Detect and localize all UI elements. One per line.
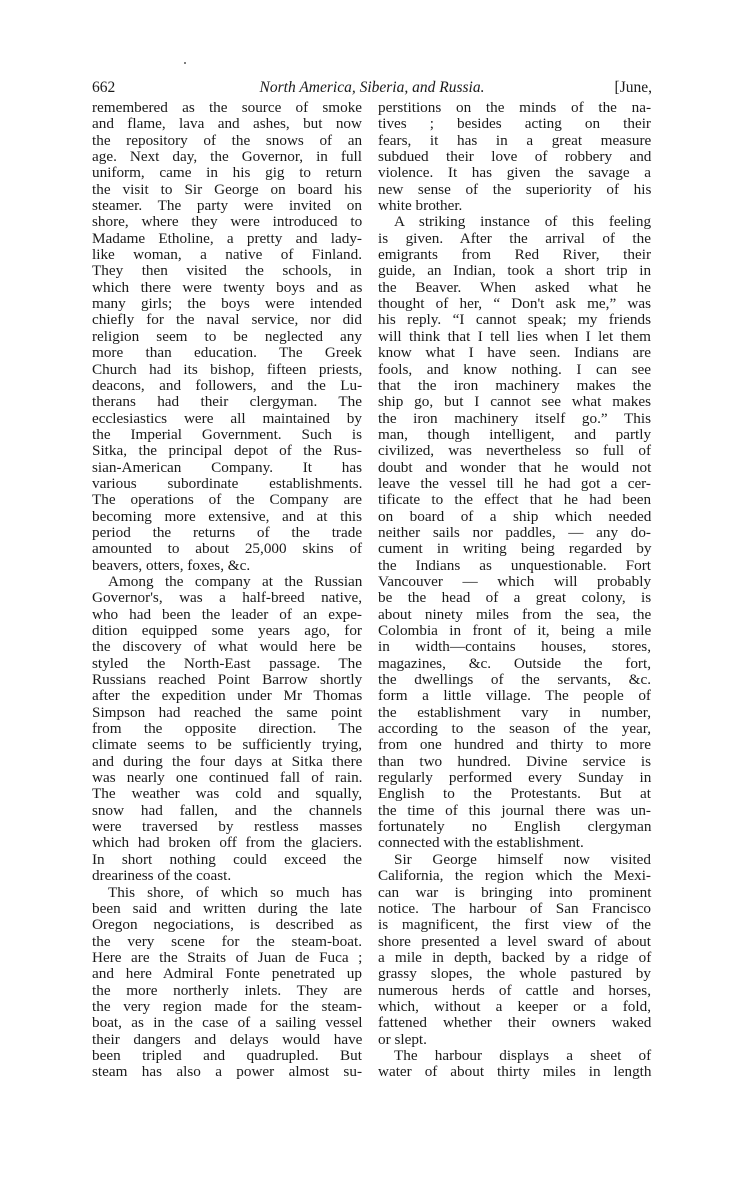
- text-line: Colombia in front of it, being a mile: [378, 623, 651, 639]
- text-line: new sense of the superiority of his: [378, 182, 651, 198]
- text-line: like woman, a native of Finland.: [92, 247, 362, 263]
- text-line: This shore, of which so much has: [92, 885, 362, 901]
- text-line: from the opposite direction. The: [92, 721, 362, 737]
- text-line: English to the Protestants. But at: [378, 786, 651, 802]
- text-line: California, the region which the Mexi-: [378, 868, 651, 884]
- text-line: Russians reached Point Barrow shortly: [92, 672, 362, 688]
- text-line: numerous herds of cattle and horses,: [378, 983, 651, 999]
- text-line: snow had fallen, and the channels: [92, 803, 362, 819]
- text-line: water of about thirty miles in length: [378, 1064, 651, 1080]
- text-line: sian-American Company. It has: [92, 460, 362, 476]
- text-line: period the returns of the trade: [92, 525, 362, 541]
- text-line: on board of a ship which needed: [378, 509, 651, 525]
- text-line: will think that I tell lies when I let t…: [378, 329, 651, 345]
- date-marker: [June,: [615, 78, 652, 98]
- text-line: the time of this journal there was un-: [378, 803, 651, 819]
- paragraph: perstitions on the minds of the na-tives…: [378, 100, 651, 214]
- text-line: remembered as the source of smoke: [92, 100, 362, 116]
- right-column: perstitions on the minds of the na-tives…: [378, 100, 651, 1081]
- left-column: remembered as the source of smokeand fla…: [92, 100, 362, 1081]
- text-line: been said and written during the late: [92, 901, 362, 917]
- text-line: ecclesiastics were all maintained by: [92, 411, 362, 427]
- text-line: Oregon negociations, is described as: [92, 917, 362, 933]
- text-line: Madame Etholine, a pretty and lady-: [92, 231, 362, 247]
- text-line: know what I have seen. Indians are: [378, 345, 651, 361]
- text-line: shore, where they were introduced to: [92, 214, 362, 230]
- text-line: boat, as in the case of a sailing vessel: [92, 1015, 362, 1031]
- text-line: regularly performed every Sunday in: [378, 770, 651, 786]
- text-line: and during the four days at Sitka there: [92, 754, 362, 770]
- text-line: beavers, otters, foxes, &c.: [92, 558, 362, 574]
- text-line: fattened whether their owners waked: [378, 1015, 651, 1031]
- text-line: tives ; besides acting on their: [378, 116, 651, 132]
- text-line: magazines, &c. Outside the fort,: [378, 656, 651, 672]
- text-line: climate seems to be sufficiently trying,: [92, 737, 362, 753]
- text-line: chiefly for the naval service, nor did: [92, 312, 362, 328]
- text-line: fears, it has in a great measure: [378, 133, 651, 149]
- text-line: is magnificent, the first view of the: [378, 917, 651, 933]
- text-line: was nearly one continued fall of rain.: [92, 770, 362, 786]
- running-header: 662 North America, Siberia, and Russia. …: [92, 78, 652, 98]
- text-line: Here are the Straits of Juan de Fuca ;: [92, 950, 362, 966]
- text-line: the Beaver. When asked what he: [378, 280, 651, 296]
- text-line: Among the company at the Russian: [92, 574, 362, 590]
- text-line: can war is bringing into prominent: [378, 885, 651, 901]
- text-line: In short nothing could exceed the: [92, 852, 362, 868]
- text-line: Vancouver — which will probably: [378, 574, 651, 590]
- text-line: Church had its bishop, fifteen priests,: [92, 362, 362, 378]
- text-line: ship go, but I cannot see what makes: [378, 394, 651, 410]
- text-line: dreariness of the coast.: [92, 868, 362, 884]
- text-line: leave the vessel till he had got a cer-: [378, 476, 651, 492]
- text-line: that the iron machinery makes the: [378, 378, 651, 394]
- text-line: shore presented a level sward of about: [378, 934, 651, 950]
- text-line: The operations of the Company are: [92, 492, 362, 508]
- text-line: becoming more extensive, and at this: [92, 509, 362, 525]
- text-line: his reply. “I cannot speak; my friends: [378, 312, 651, 328]
- text-line: who had been the leader of an expe-: [92, 607, 362, 623]
- text-line: form a little village. The people of: [378, 688, 651, 704]
- text-line: Simpson had reached the same point: [92, 705, 362, 721]
- text-line: many girls; the boys were intended: [92, 296, 362, 312]
- text-line: in width—contains houses, stores,: [378, 639, 651, 655]
- text-line: Sir George himself now visited: [378, 852, 651, 868]
- text-line: and flame, lava and ashes, but now: [92, 116, 362, 132]
- text-line: the very region made for the steam-: [92, 999, 362, 1015]
- text-line: connected with the establishment.: [378, 835, 651, 851]
- text-line: the visit to Sir George on board his: [92, 182, 362, 198]
- text-line: uniform, came in his gig to return: [92, 165, 362, 181]
- text-line: guide, an Indian, took a short trip in: [378, 263, 651, 279]
- paragraph: This shore, of which so much hasbeen sai…: [92, 885, 362, 1081]
- text-line: various subordinate establishments.: [92, 476, 362, 492]
- print-speck: [184, 62, 186, 64]
- text-line: the more northerly inlets. They are: [92, 983, 362, 999]
- text-line: steam has also a power almost su-: [92, 1064, 362, 1080]
- text-line: from one hundred and thirty to more: [378, 737, 651, 753]
- paragraph: Among the company at the RussianGovernor…: [92, 574, 362, 885]
- text-line: fortunately no English clergyman: [378, 819, 651, 835]
- text-line: the dwellings of the servants, &c.: [378, 672, 651, 688]
- book-page: 662 North America, Siberia, and Russia. …: [0, 0, 750, 1180]
- text-line: the discovery of what would here be: [92, 639, 362, 655]
- text-line: Sitka, the principal depot of the Rus-: [92, 443, 362, 459]
- text-line: which had broken off from the glaciers.: [92, 835, 362, 851]
- text-line: age. Next day, the Governor, in full: [92, 149, 362, 165]
- text-line: thought of her, “ Don't ask me,” was: [378, 296, 651, 312]
- text-line: They then visited the schools, in: [92, 263, 362, 279]
- text-line: doubt and wonder that he would not: [378, 460, 651, 476]
- text-line: grassy slopes, the whole pastured by: [378, 966, 651, 982]
- paragraph: Sir George himself now visitedCalifornia…: [378, 852, 651, 1048]
- text-line: cument in writing being regarded by: [378, 541, 651, 557]
- text-line: styled the North-East passage. The: [92, 656, 362, 672]
- paragraph: A striking instance of this feelingis gi…: [378, 214, 651, 851]
- text-line: were traversed by restless masses: [92, 819, 362, 835]
- text-line: man, though intelligent, and partly: [378, 427, 651, 443]
- text-line: the repository of the snows of an: [92, 133, 362, 149]
- text-line: religion seem to be neglected any: [92, 329, 362, 345]
- text-line: A striking instance of this feeling: [378, 214, 651, 230]
- text-line: The weather was cold and squally,: [92, 786, 362, 802]
- text-line: is given. After the arrival of the: [378, 231, 651, 247]
- text-line: amounted to about 25,000 skins of: [92, 541, 362, 557]
- text-line: been tripled and quadrupled. But: [92, 1048, 362, 1064]
- text-line: after the expedition under Mr Thomas: [92, 688, 362, 704]
- text-line: The harbour displays a sheet of: [378, 1048, 651, 1064]
- paragraph: remembered as the source of smokeand fla…: [92, 100, 362, 574]
- text-line: tificate to the effect that he had been: [378, 492, 651, 508]
- text-line: which there were twenty boys and as: [92, 280, 362, 296]
- text-line: the Indians as unquestionable. Fort: [378, 558, 651, 574]
- text-line: perstitions on the minds of the na-: [378, 100, 651, 116]
- text-line: neither sails nor paddles, — any do-: [378, 525, 651, 541]
- text-line: about ninety miles from the sea, the: [378, 607, 651, 623]
- text-line: therans had their clergyman. The: [92, 394, 362, 410]
- text-line: fools, and know nothing. I can see: [378, 362, 651, 378]
- text-line: emigrants from Red River, their: [378, 247, 651, 263]
- text-line: deacons, and followers, and the Lu-: [92, 378, 362, 394]
- text-line: more than education. The Greek: [92, 345, 362, 361]
- text-line: a mile in depth, backed by a ridge of: [378, 950, 651, 966]
- text-line: according to the season of the year,: [378, 721, 651, 737]
- running-title: North America, Siberia, and Russia.: [92, 78, 652, 98]
- text-line: which, without a keeper or a fold,: [378, 999, 651, 1015]
- text-line: be the head of a great colony, is: [378, 590, 651, 606]
- text-line: notice. The harbour of San Francisco: [378, 901, 651, 917]
- text-line: subdued their love of robbery and: [378, 149, 651, 165]
- text-line: white brother.: [378, 198, 651, 214]
- text-line: or slept.: [378, 1032, 651, 1048]
- text-line: than two hundred. Divine service is: [378, 754, 651, 770]
- text-line: steamer. The party were invited on: [92, 198, 362, 214]
- text-line: the iron machinery itself go.” This: [378, 411, 651, 427]
- text-line: and here Admiral Fonte penetrated up: [92, 966, 362, 982]
- text-line: violence. It has given the savage a: [378, 165, 651, 181]
- text-line: the very scene for the steam-boat.: [92, 934, 362, 950]
- text-line: the Imperial Government. Such is: [92, 427, 362, 443]
- text-line: the establishment vary in number,: [378, 705, 651, 721]
- text-line: civilized, was nevertheless so full of: [378, 443, 651, 459]
- text-line: dition equipped some years ago, for: [92, 623, 362, 639]
- text-line: their dangers and delays would have: [92, 1032, 362, 1048]
- text-line: Governor's, was a half-breed native,: [92, 590, 362, 606]
- paragraph: The harbour displays a sheet ofwater of …: [378, 1048, 651, 1081]
